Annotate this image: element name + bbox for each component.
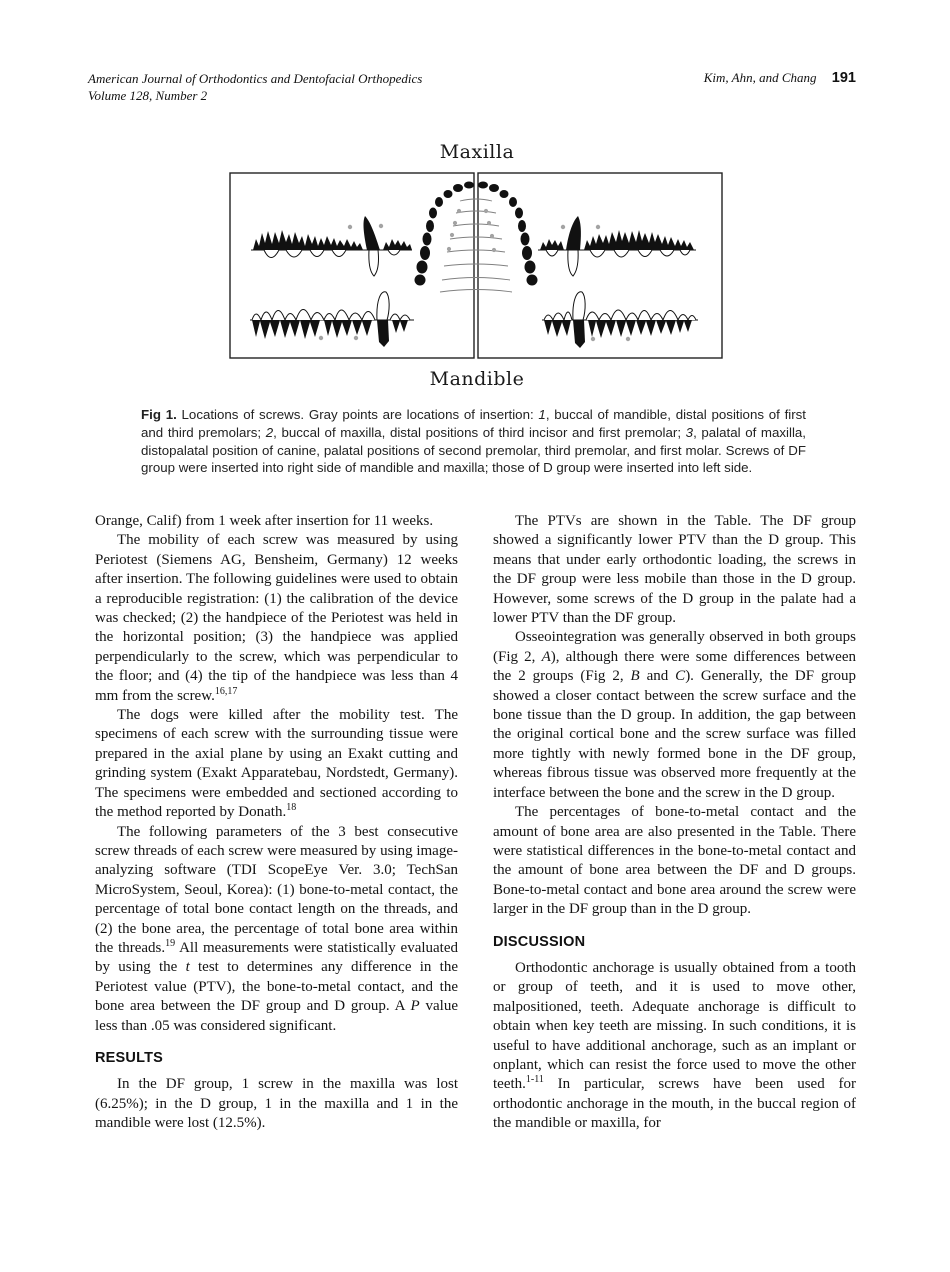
- section-heading: DISCUSSION: [493, 933, 856, 952]
- body-paragraph: Orthodontic anchorage is usually obtaine…: [493, 959, 856, 1134]
- body-paragraph: The following parameters of the 3 best c…: [95, 823, 458, 1036]
- figure-maxilla-label: Maxilla: [377, 141, 577, 163]
- left-column: Orange, Calif) from 1 week after inserti…: [95, 512, 458, 1134]
- body-paragraph: The dogs were killed after the mobility …: [95, 706, 458, 822]
- page-number: 191: [832, 70, 856, 86]
- figure1-caption-text: Locations of screws. Gray points are loc…: [141, 407, 806, 475]
- body-paragraph: In the DF group, 1 screw in the maxilla …: [95, 1075, 458, 1133]
- body-paragraph: The mobility of each screw was measured …: [95, 531, 458, 706]
- section-heading: RESULTS: [95, 1049, 458, 1068]
- journal-title: American Journal of Orthodontics and Den…: [88, 70, 422, 87]
- body-paragraph: The PTVs are shown in the Table. The DF …: [493, 512, 856, 628]
- running-authors: Kim, Ahn, and Chang: [704, 70, 817, 85]
- figure1-caption: Fig 1. Locations of screws. Gray points …: [141, 406, 806, 477]
- journal-page: American Journal of Orthodontics and Den…: [0, 0, 950, 1272]
- running-header-right: Kim, Ahn, and Chang 191: [704, 70, 856, 86]
- journal-volume: Volume 128, Number 2: [88, 87, 422, 104]
- figure-mandible-label: Mandible: [377, 368, 577, 390]
- right-column: The PTVs are shown in the Table. The DF …: [493, 512, 856, 1134]
- figure1-illustration: [228, 170, 728, 362]
- figure1-caption-label: Fig 1.: [141, 407, 177, 422]
- body-paragraph: Osseointegration was generally observed …: [493, 628, 856, 803]
- body-paragraph: The percentages of bone-to-metal contact…: [493, 803, 856, 919]
- body-paragraph: Orange, Calif) from 1 week after inserti…: [95, 512, 458, 531]
- running-header-left: American Journal of Orthodontics and Den…: [88, 70, 422, 104]
